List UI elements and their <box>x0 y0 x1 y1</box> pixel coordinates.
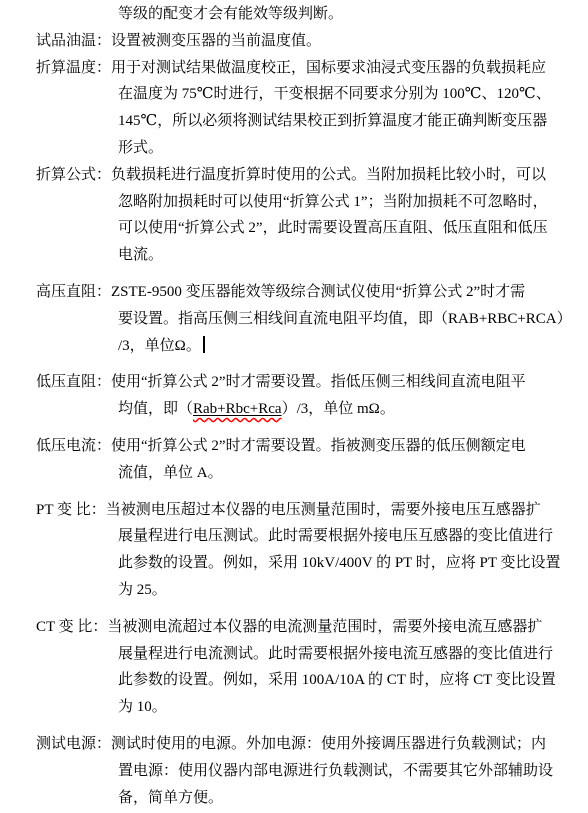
text-line: 流值，单位 A。 <box>118 460 568 487</box>
term-label: 低压直阻： <box>36 374 111 390</box>
term-definition: 使用“折算公式 2”时才需要设置。指低压侧三相线间直流电阻平 <box>111 374 526 390</box>
term-label: 折算温度： <box>36 60 111 76</box>
paragraph-conversion-temperature: 折算温度：用于对测试结果做温度校正，国标要求油浸式变压器的负载损耗应 在温度为 … <box>118 55 568 162</box>
text-line: 忽略附加损耗时可以使用“折算公式 1”；当附加损耗不可忽略时， <box>118 189 568 216</box>
paragraph-continuation: 等级的配变才会有能效等级判断。 <box>118 1 568 28</box>
text-line: /3，单位Ω。 <box>118 333 568 360</box>
text-line: PT 变 比：当被测电压超过本仪器的电压测量范围时，需要外接电压互感器扩 <box>36 497 568 524</box>
text-line: 此参数的设置。例如，采用 10kV/400V 的 PT 时，应将 PT 变比设置 <box>118 550 568 577</box>
text-line: 折算公式：负载损耗进行温度折算时使用的公式。当附加损耗比较小时，可以 <box>36 162 568 189</box>
term-label: 测试电源： <box>36 736 111 752</box>
text-line: 等级的配变才会有能效等级判断。 <box>118 1 568 28</box>
text-line: 展量程进行电流测试。此时需要根据外接电流互感器的变比值进行 <box>118 641 568 668</box>
text-line: 高压直阻：ZSTE-9500 变压器能效等级综合测试仪使用“折算公式 2”时才需 <box>36 279 568 306</box>
text-line: 置电源：使用仪器内部电源进行负载测试，不需要其它外部辅助设 <box>118 758 568 785</box>
text-line: 低压电流：使用“折算公式 2”时才需要设置。指被测变压器的低压侧额定电 <box>36 433 568 460</box>
text-line: CT 变 比：当被测电流超过本仪器的电流测量范围时，需要外接电流互感器扩 <box>36 614 568 641</box>
paragraph-ct-ratio: CT 变 比：当被测电流超过本仪器的电流测量范围时，需要外接电流互感器扩 展量程… <box>118 614 568 721</box>
term-definition: 当被测电压超过本仪器的电压测量范围时，需要外接电压互感器扩 <box>106 502 541 518</box>
term-definition: 测试时使用的电源。外加电源：使用外接调压器进行负载测试；内 <box>111 736 546 752</box>
text-line: 备，简单方便。 <box>118 785 568 812</box>
text-line: 为 25。 <box>118 577 568 604</box>
formula-prefix: 均值，即（ <box>118 401 193 417</box>
term-label: 低压电流： <box>36 438 111 454</box>
term-definition: /3，单位Ω。 <box>118 338 201 354</box>
text-line: 测试电源：测试时使用的电源。外加电源：使用外接调压器进行负载测试；内 <box>36 731 568 758</box>
text-line: 低压直阻：使用“折算公式 2”时才需要设置。指低压侧三相线间直流电阻平 <box>36 369 568 396</box>
paragraph-specimen-oil-temp: 试品油温：设置被测变压器的当前温度值。 <box>118 28 568 55</box>
term-label: 高压直阻： <box>36 284 111 300</box>
term-definition: 设置被测变压器的当前温度值。 <box>111 33 321 49</box>
paragraph-lv-dc-resistance: 低压直阻：使用“折算公式 2”时才需要设置。指低压侧三相线间直流电阻平 均值，即… <box>118 369 568 423</box>
term-label: 试品油温： <box>36 33 111 49</box>
text-line: 电流。 <box>118 242 568 269</box>
term-definition: 使用“折算公式 2”时才需要设置。指被测变压器的低压侧额定电 <box>111 438 526 454</box>
text-line: 折算温度：用于对测试结果做温度校正，国标要求油浸式变压器的负载损耗应 <box>36 55 568 82</box>
text-cursor <box>203 336 205 353</box>
text-line: 试品油温：设置被测变压器的当前温度值。 <box>36 28 568 55</box>
paragraph-hv-dc-resistance: 高压直阻：ZSTE-9500 变压器能效等级综合测试仪使用“折算公式 2”时才需… <box>118 279 568 359</box>
paragraph-conversion-formula: 折算公式：负载损耗进行温度折算时使用的公式。当附加损耗比较小时，可以 忽略附加损… <box>118 162 568 269</box>
text-line: 要设置。指高压侧三相线间直流电阻平均值，即（RAB+RBC+RCA） <box>118 306 568 333</box>
document-text-area[interactable]: 等级的配变才会有能效等级判断。 试品油温：设置被测变压器的当前温度值。 折算温度… <box>0 0 588 811</box>
text-line: 可以使用“折算公式 2”，此时需要设置高压直阻、低压直阻和低压 <box>118 215 568 242</box>
text-line: 形式。 <box>118 135 568 162</box>
term-label: 折算公式： <box>36 167 111 183</box>
paragraph-pt-ratio: PT 变 比：当被测电压超过本仪器的电压测量范围时，需要外接电压互感器扩 展量程… <box>118 497 568 604</box>
term-label: CT 变 比： <box>36 619 107 635</box>
term-definition: 用于对测试结果做温度校正，国标要求油浸式变压器的负载损耗应 <box>111 60 546 76</box>
text-line: 此参数的设置。例如，采用 100A/10A 的 CT 时，应将 CT 变比设置 <box>118 667 568 694</box>
text-line: 展量程进行电压测试。此时需要根据外接电压互感器的变比值进行 <box>118 523 568 550</box>
text-line: 为 10。 <box>118 694 568 721</box>
paragraph-lv-current: 低压电流：使用“折算公式 2”时才需要设置。指被测变压器的低压侧额定电 流值，单… <box>118 433 568 487</box>
formula-suffix: ）/3，单位 mΩ。 <box>282 401 395 417</box>
term-definition: ZSTE-9500 变压器能效等级综合测试仪使用“折算公式 2”时才需 <box>111 284 525 300</box>
spellcheck-underlined-formula: Rab+Rbc+Rca <box>193 401 282 417</box>
text-line: 均值，即（Rab+Rbc+Rca）/3，单位 mΩ。 <box>118 396 568 423</box>
text-line: 在温度为 75℃时进行，干变根据不同要求分别为 100℃、120℃、 <box>118 81 568 108</box>
term-definition: 当被测电流超过本仪器的电流测量范围时，需要外接电流互感器扩 <box>107 619 542 635</box>
term-label: PT 变 比： <box>36 502 106 518</box>
term-definition: 负载损耗进行温度折算时使用的公式。当附加损耗比较小时，可以 <box>111 167 546 183</box>
paragraph-test-power: 测试电源：测试时使用的电源。外加电源：使用外接调压器进行负载测试；内 置电源：使… <box>118 731 568 811</box>
text-line: 145℃，所以必须将测试结果校正到折算温度才能正确判断变压器 <box>118 108 568 135</box>
